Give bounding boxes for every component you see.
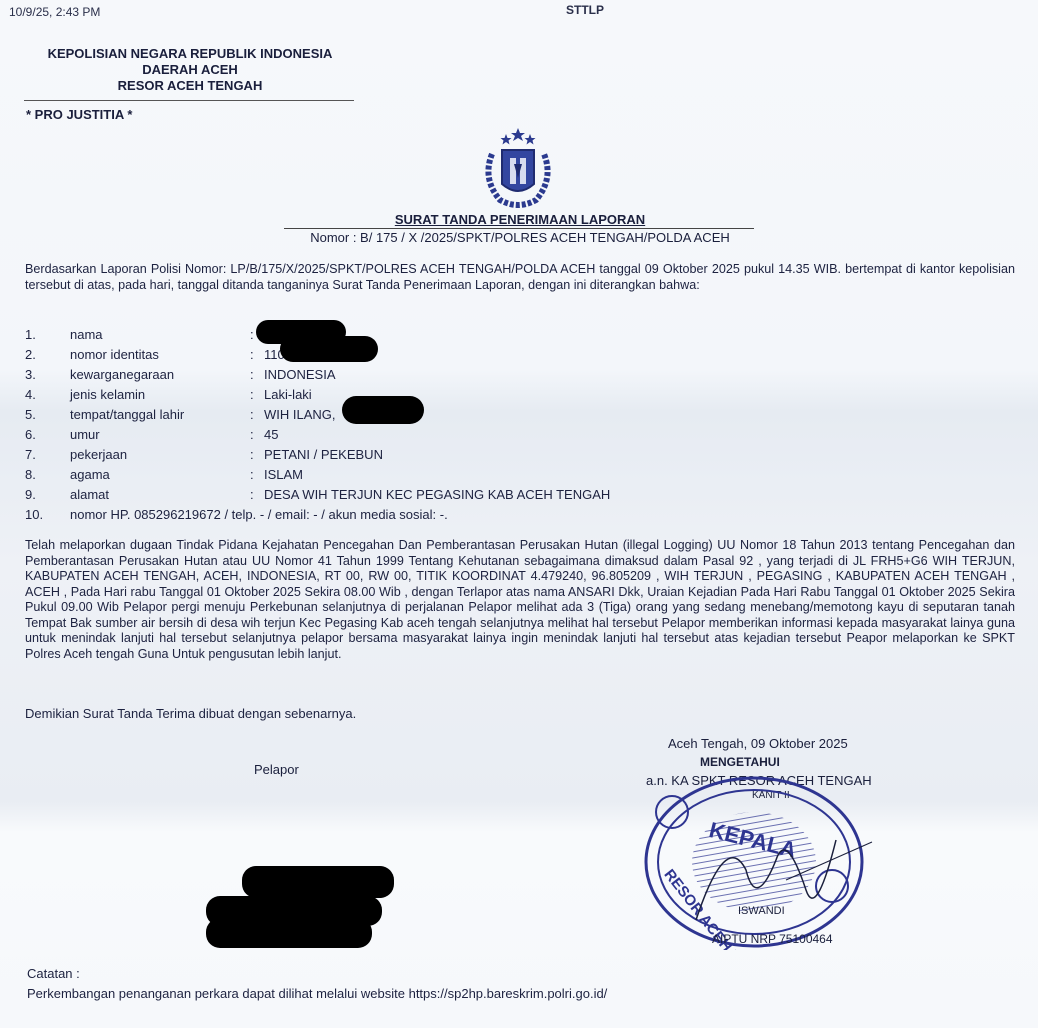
contact-row: 10.nomor HP. 085296219672 / telp. - / em… — [25, 504, 610, 524]
identity-row: 6.umur:45 — [25, 424, 610, 444]
identity-label: pekerjaan — [70, 447, 250, 462]
agency-line-2: DAERAH ACEH — [25, 62, 355, 78]
identity-label: nomor identitas — [70, 347, 250, 362]
identity-label: nama — [70, 327, 250, 342]
identity-row: 7.pekerjaan:PETANI / PEKEBUN — [25, 444, 610, 464]
identity-value: INDONESIA — [264, 367, 336, 382]
identity-row: 8.agama:ISLAM — [25, 464, 610, 484]
identity-label: agama — [70, 467, 250, 482]
identity-num: 8. — [25, 467, 70, 482]
contact-num: 10. — [25, 507, 70, 522]
identity-label: tempat/tanggal lahir — [70, 407, 250, 422]
identity-value: ISLAM — [264, 467, 303, 482]
identity-num: 9. — [25, 487, 70, 502]
identity-num: 2. — [25, 347, 70, 362]
identity-row: 9.alamat:DESA WIH TERJUN KEC PEGASING KA… — [25, 484, 610, 504]
identity-row: 4.jenis kelamin:Laki-laki — [25, 384, 610, 404]
redaction-reporter-name-2 — [206, 918, 372, 948]
print-timestamp: 10/9/25, 2:43 PM — [9, 5, 100, 19]
title-divider — [284, 228, 754, 229]
acknowledge-label: MENGETAHUI — [700, 755, 780, 769]
agency-line-1: KEPOLISIAN NEGARA REPUBLIK INDONESIA — [25, 46, 355, 62]
contact-text: nomor HP. 085296219672 / telp. - / email… — [70, 507, 448, 522]
note-text: Perkembangan penanganan perkara dapat di… — [27, 986, 607, 1001]
identity-value: DESA WIH TERJUN KEC PEGASING KAB ACEH TE… — [264, 487, 610, 502]
agency-divider — [24, 100, 354, 101]
identity-value: PETANI / PEKEBUN — [264, 447, 383, 462]
document-title: SURAT TANDA PENERIMAAN LAPORAN — [280, 212, 760, 227]
document-code: STTLP — [566, 3, 604, 17]
closing-statement: Demikian Surat Tanda Terima dibuat denga… — [25, 706, 356, 721]
officer-name: ISWANDI — [738, 905, 785, 917]
report-body: Telah melaporkan dugaan Tindak Pidana Ke… — [25, 538, 1015, 662]
identity-value: 45 — [264, 427, 278, 442]
note-label: Catatan : — [27, 966, 80, 981]
redaction-birthdate — [342, 396, 424, 424]
reporter-label: Pelapor — [254, 762, 299, 777]
place-date: Aceh Tengah, 09 Oktober 2025 — [668, 736, 848, 751]
pro-justitia-label: * PRO JUSTITIA * — [26, 107, 132, 122]
redaction-reporter-signature — [242, 866, 394, 898]
police-emblem-icon — [470, 124, 566, 212]
identity-label: kewarganegaraan — [70, 367, 250, 382]
intro-paragraph: Berdasarkan Laporan Polisi Nomor: LP/B/1… — [25, 262, 1015, 293]
identity-num: 3. — [25, 367, 70, 382]
document-number: Nomor : B/ 175 / X /2025/SPKT/POLRES ACE… — [280, 230, 760, 245]
identity-sep: : — [250, 447, 264, 462]
identity-num: 5. — [25, 407, 70, 422]
identity-row: 3.kewarganegaraan:INDONESIA — [25, 364, 610, 384]
agency-header: KEPOLISIAN NEGARA REPUBLIK INDONESIA DAE… — [25, 46, 355, 94]
identity-sep: : — [250, 467, 264, 482]
identity-label: alamat — [70, 487, 250, 502]
identity-num: 7. — [25, 447, 70, 462]
identity-sep: : — [250, 367, 264, 382]
identity-label: umur — [70, 427, 250, 442]
identity-sep: : — [250, 387, 264, 402]
identity-sep: : — [250, 347, 264, 362]
identity-num: 4. — [25, 387, 70, 402]
official-stamp: KEPALA RESOR ACEH TENGAH — [636, 770, 876, 950]
identity-num: 1. — [25, 327, 70, 342]
identity-sep: : — [250, 487, 264, 502]
identity-value: WIH ILANG, — [264, 407, 336, 422]
officer-id: AIPTU NRP 75100464 — [712, 932, 833, 946]
identity-num: 6. — [25, 427, 70, 442]
identity-sep: : — [250, 427, 264, 442]
identity-sep: : — [250, 407, 264, 422]
identity-value: Laki-laki — [264, 387, 312, 402]
identity-label: jenis kelamin — [70, 387, 250, 402]
agency-line-3: RESOR ACEH TENGAH — [25, 78, 355, 94]
identity-row: 5.tempat/tanggal lahir:WIH ILANG, — [25, 404, 610, 424]
redaction-id — [310, 340, 372, 360]
